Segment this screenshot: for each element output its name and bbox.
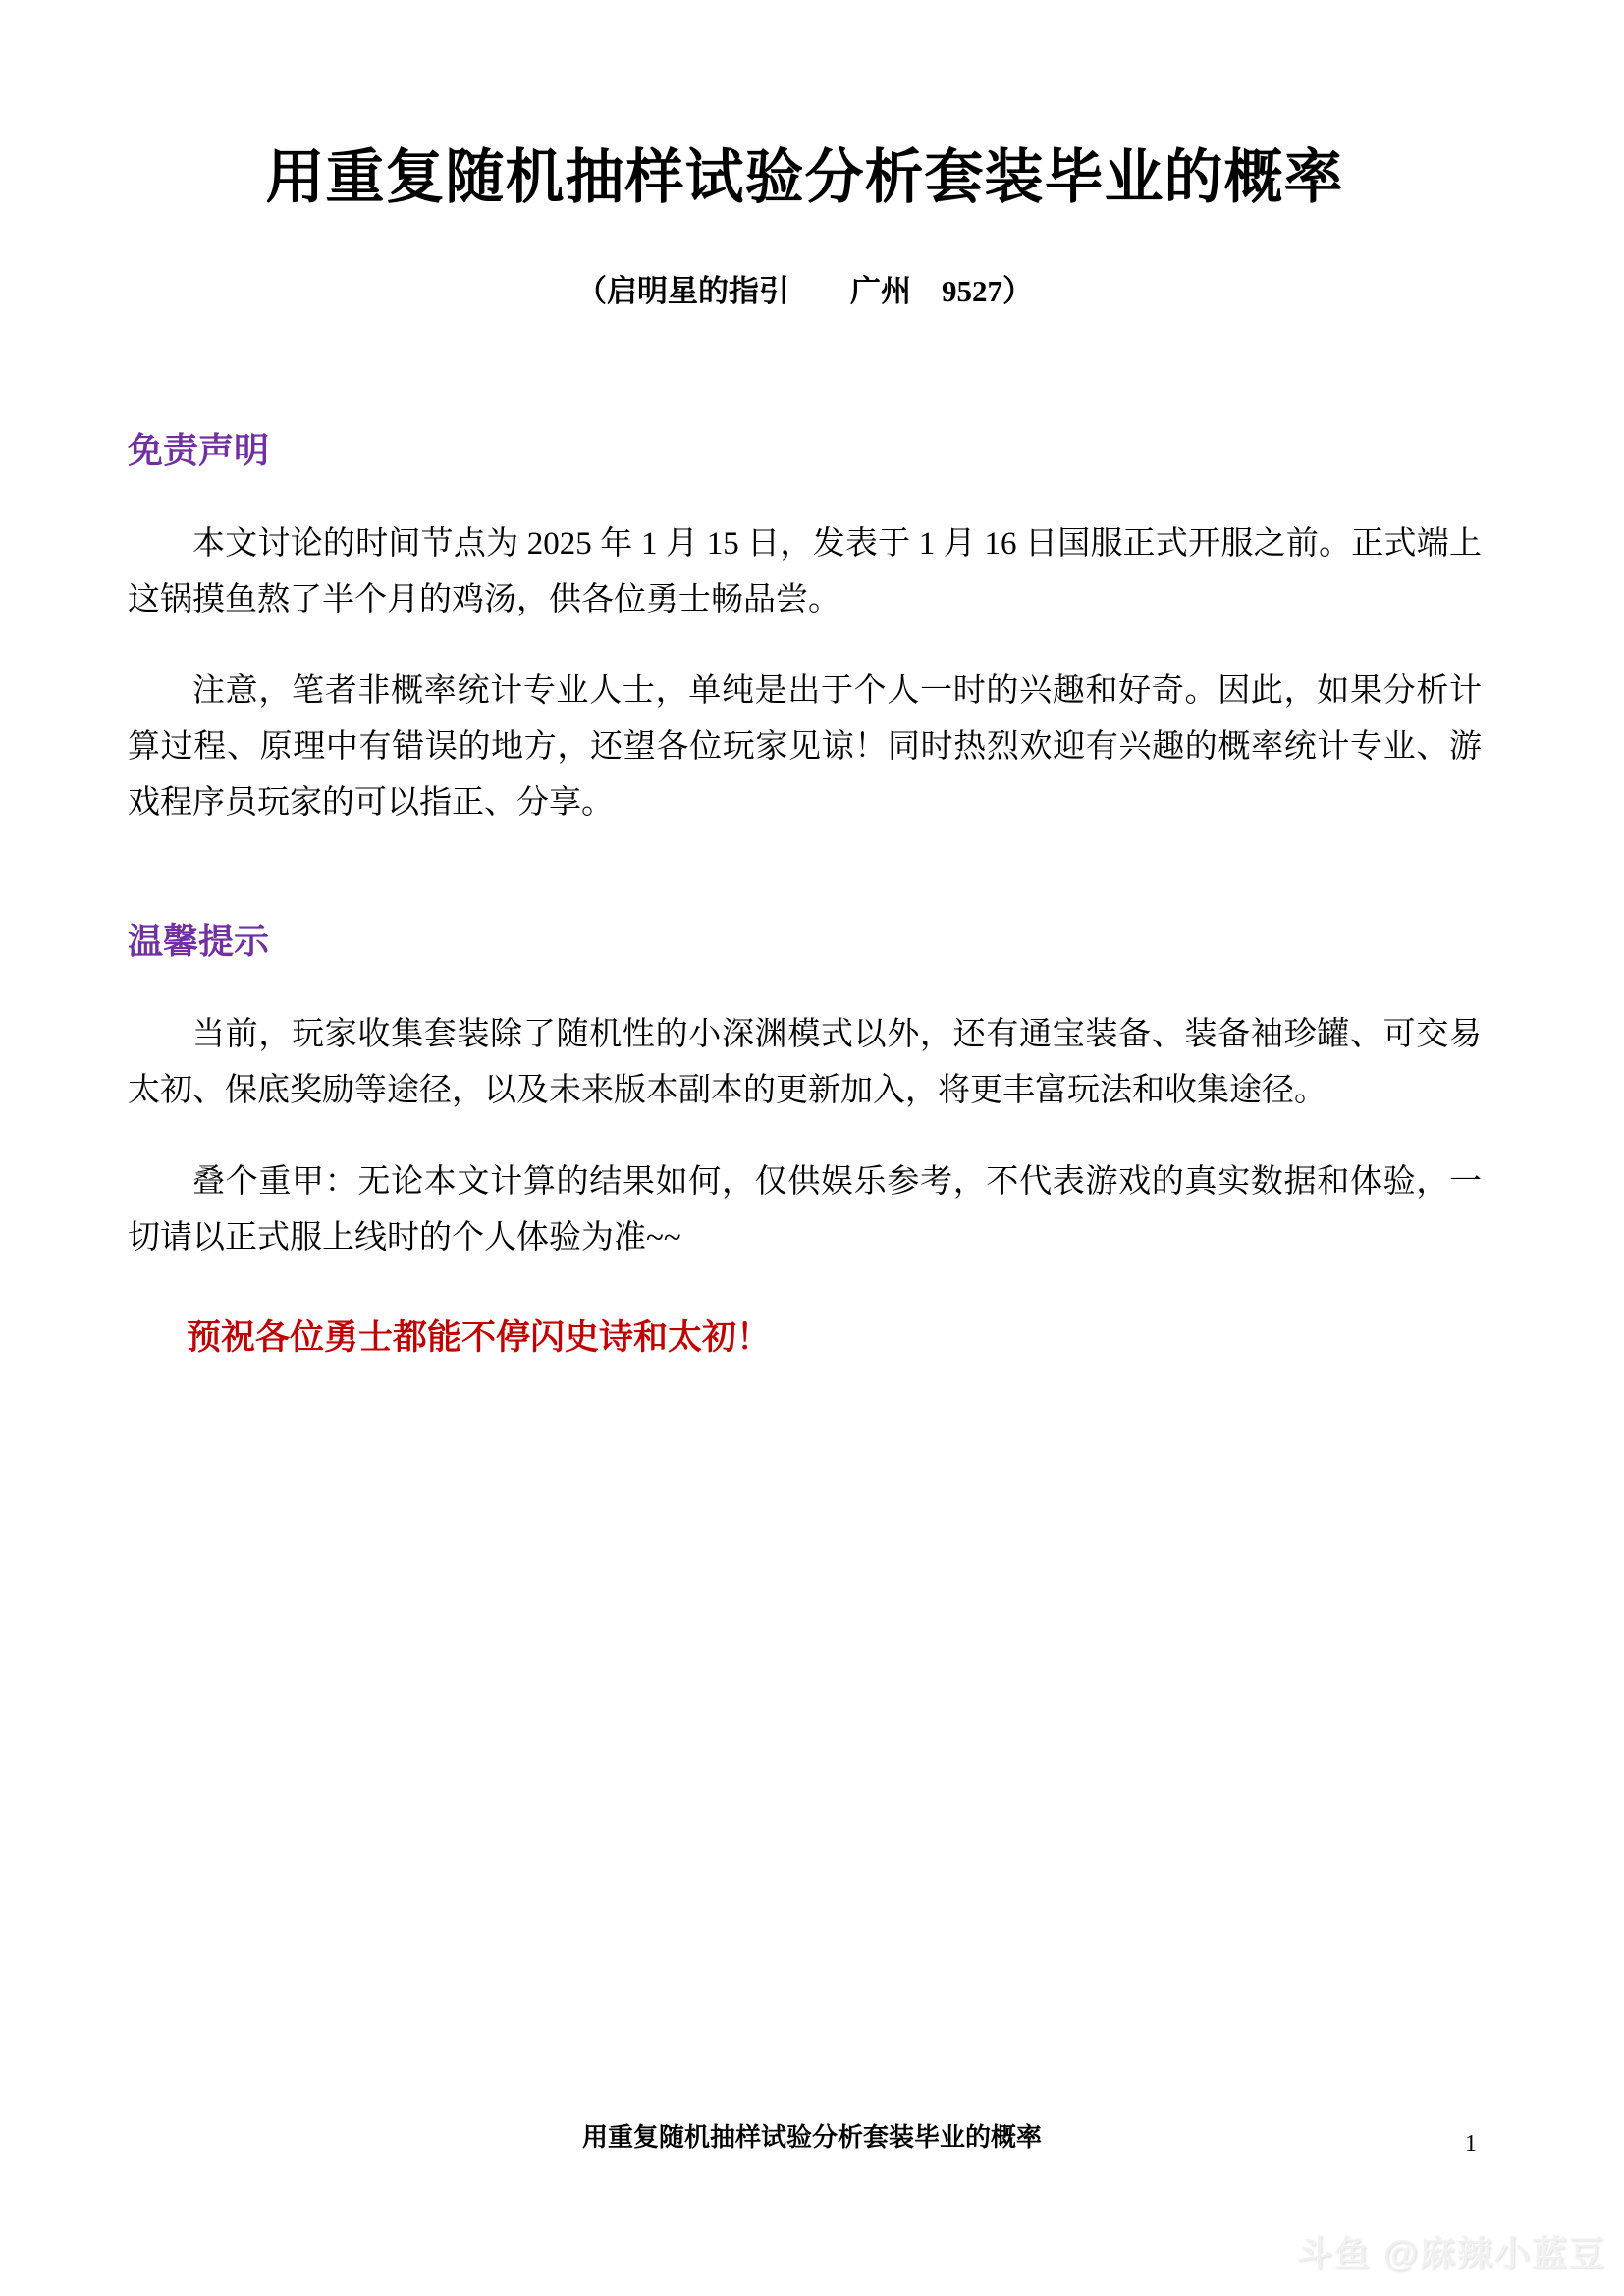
tips-paragraph-2: 叠个重甲：无论本文计算的结果如何，仅供娱乐参考，不代表游戏的真实数据和体验，一切… bbox=[128, 1154, 1482, 1266]
document-page: 用重复随机抽样试验分析套装毕业的概率 （启明星的指引 广州 9527） 免责声明… bbox=[0, 0, 1624, 2296]
tips-paragraph-1: 当前，玩家收集套装除了随机性的小深渊模式以外，还有通宝装备、装备袖珍罐、可交易太… bbox=[128, 1007, 1482, 1119]
section-heading-tips: 温馨提示 bbox=[128, 920, 1482, 963]
document-subtitle: （启明星的指引 广州 9527） bbox=[128, 272, 1482, 311]
page-number: 1 bbox=[1465, 2128, 1477, 2160]
section-heading-disclaimer: 免责声明 bbox=[128, 429, 1482, 472]
disclaimer-paragraph-1: 本文讨论的时间节点为 2025 年 1 月 15 日，发表于 1 月 16 日国… bbox=[128, 516, 1482, 628]
footer-running-title: 用重复随机抽样试验分析套装毕业的概率 bbox=[0, 2120, 1624, 2156]
document-title: 用重复随机抽样试验分析套装毕业的概率 bbox=[128, 142, 1482, 213]
red-highlight-text: 预祝各位勇士都能不停闪史诗和太初！ bbox=[128, 1313, 1482, 1362]
disclaimer-paragraph-2: 注意，笔者非概率统计专业人士，单纯是出于个人一时的兴趣和好奇。因此，如果分析计算… bbox=[128, 664, 1482, 831]
watermark-douyu-username: 斗鱼 @麻辣小蓝豆 bbox=[1297, 2226, 1606, 2276]
